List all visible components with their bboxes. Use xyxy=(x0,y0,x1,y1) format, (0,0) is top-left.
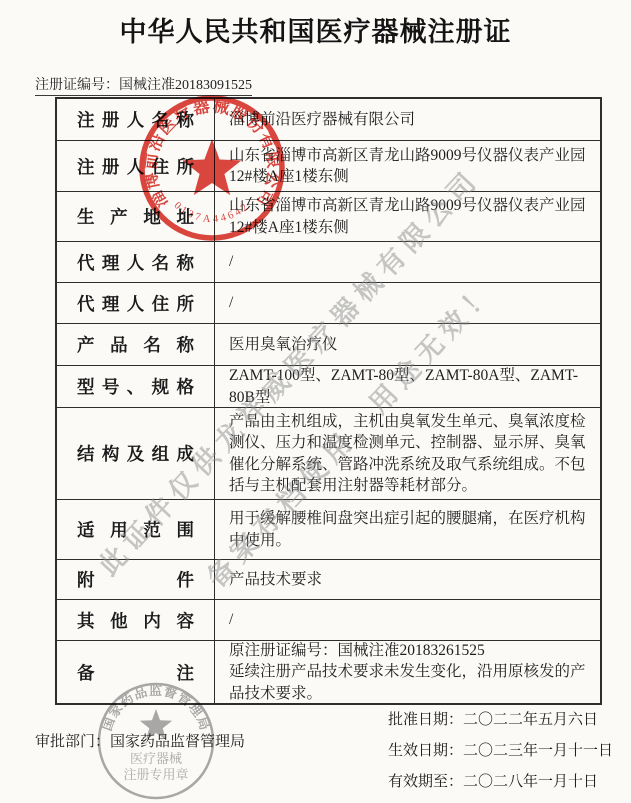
table-row: 其他内容 / xyxy=(57,600,600,641)
row-label: 注册人住所 xyxy=(57,141,215,191)
row-value: 淄博前沿医疗器械有限公司 xyxy=(215,99,600,140)
approval-department-label: 审批部门： xyxy=(35,734,110,750)
effective-date: 生效日期：二〇二三年一月十一日 xyxy=(388,736,613,767)
row-label: 注册人名称 xyxy=(57,99,215,140)
row-value: ZAMT-100型、ZAMT-80型、ZAMT-80A型、ZAMT-80B型 xyxy=(215,366,600,407)
certificate-page: 中华人民共和国医疗器械注册证 注册证编号：国械注准20183091525 此证件… xyxy=(0,0,631,803)
certificate-table: 注册人名称 淄博前沿医疗器械有限公司 注册人住所 山东省淄博市高新区青龙山路90… xyxy=(55,97,602,705)
row-value: 原注册证编号：国械注准20183261525 延续注册产品技术要求未发生变化，沿… xyxy=(215,641,600,703)
table-row: 适用范围 用于缓解腰椎间盘突出症引起的腰腿痛，在医疗机构中使用。 xyxy=(57,500,600,560)
row-value: 山东省淄博市高新区青龙山路9009号仪器仪表产业园12#楼A座1楼东侧 xyxy=(215,192,600,241)
row-label: 生产地址 xyxy=(57,192,215,241)
row-label: 备注 xyxy=(57,641,215,703)
seal-line2: 注册专用章 xyxy=(123,767,188,782)
row-label: 型号、规格 xyxy=(57,366,215,407)
row-label: 结构及组成 xyxy=(57,408,215,499)
row-label: 附件 xyxy=(57,560,215,599)
table-row: 产品名称 医用臭氧治疗仪 xyxy=(57,324,600,366)
row-label: 代理人名称 xyxy=(57,242,215,282)
approval-department-value: 国家药品监督管理局 xyxy=(110,734,245,750)
table-row: 注册人住所 山东省淄博市高新区青龙山路9009号仪器仪表产业园12#楼A座1楼东… xyxy=(57,141,600,192)
table-row: 型号、规格 ZAMT-100型、ZAMT-80型、ZAMT-80A型、ZAMT-… xyxy=(57,366,600,408)
row-value: 山东省淄博市高新区青龙山路9009号仪器仪表产业园12#楼A座1楼东侧 xyxy=(215,141,600,191)
table-row: 附件 产品技术要求 xyxy=(57,560,600,600)
row-value: / xyxy=(215,283,600,323)
row-value: 医用臭氧治疗仪 xyxy=(215,324,600,365)
table-row: 生产地址 山东省淄博市高新区青龙山路9009号仪器仪表产业园12#楼A座1楼东侧 xyxy=(57,192,600,242)
approval-department: 审批部门：国家药品监督管理局 xyxy=(35,730,245,751)
table-row: 代理人住所 / xyxy=(57,283,600,324)
row-label: 代理人住所 xyxy=(57,283,215,323)
expiry-date: 有效期至：二〇二八年一月十日 xyxy=(388,767,613,798)
row-value: 产品由主机组成，主机由臭氧发生单元、臭氧浓度检测仪、压力和温度检测单元、控制器、… xyxy=(215,408,600,499)
certificate-number-value: 国械注准20183091525 xyxy=(119,78,252,93)
seal-line1: 医疗器械 xyxy=(130,751,182,766)
table-row: 注册人名称 淄博前沿医疗器械有限公司 xyxy=(57,99,600,141)
row-value: 用于缓解腰椎间盘突出症引起的腰腿痛，在医疗机构中使用。 xyxy=(215,500,600,559)
table-row: 备注 原注册证编号：国械注准20183261525 延续注册产品技术要求未发生变… xyxy=(57,641,600,703)
row-value: / xyxy=(215,242,600,282)
certificate-number: 注册证编号：国械注准20183091525 xyxy=(35,74,252,96)
row-label: 其他内容 xyxy=(57,600,215,640)
certificate-number-label: 注册证编号： xyxy=(35,78,119,93)
table-row: 代理人名称 / xyxy=(57,242,600,283)
page-title: 中华人民共和国医疗器械注册证 xyxy=(0,10,631,49)
row-value: / xyxy=(215,600,600,640)
approval-date: 批准日期：二〇二二年五月六日 xyxy=(388,705,613,736)
row-label: 适用范围 xyxy=(57,500,215,559)
date-block: 批准日期：二〇二二年五月六日 生效日期：二〇二三年一月十一日 有效期至：二〇二八… xyxy=(388,705,613,798)
row-value: 产品技术要求 xyxy=(215,560,600,599)
row-label: 产品名称 xyxy=(57,324,215,365)
table-row: 结构及组成 产品由主机组成，主机由臭氧发生单元、臭氧浓度检测仪、压力和温度检测单… xyxy=(57,408,600,500)
